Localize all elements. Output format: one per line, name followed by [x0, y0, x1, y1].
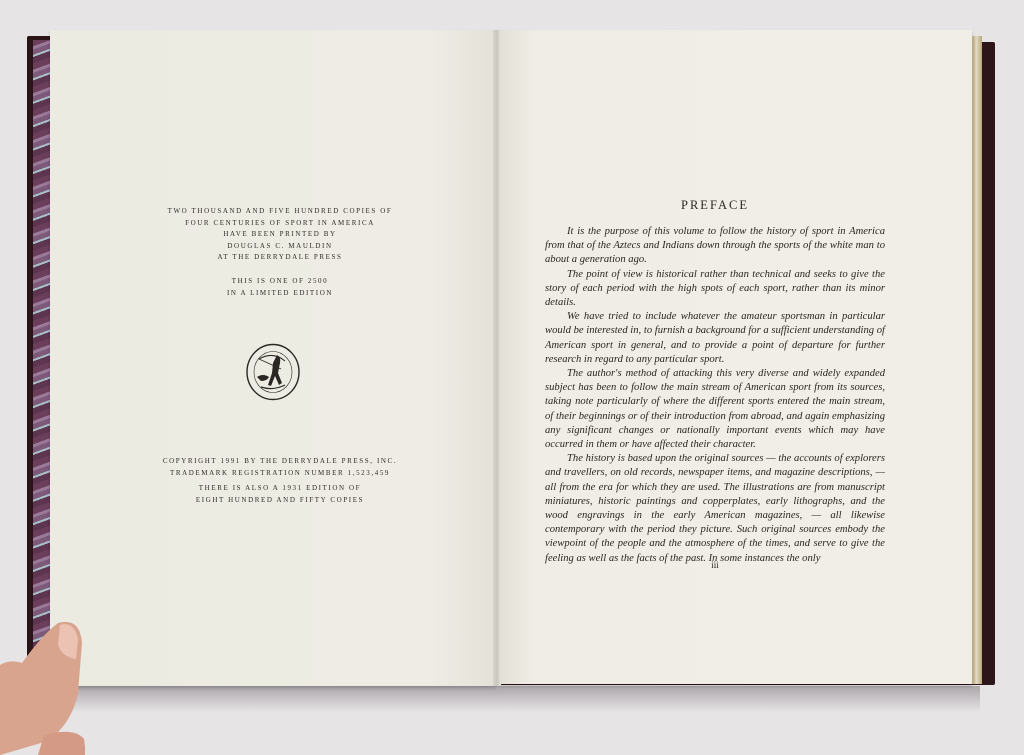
trademark-line: Trademark Registration Number 1,523,459 — [160, 468, 400, 480]
edition-note-line: There is also a 1931 edition of — [160, 483, 400, 495]
preface-body: It is the purpose of this volume to foll… — [545, 225, 885, 566]
colophon-line: Two thousand and five hundred copies of — [160, 206, 400, 218]
preface-heading: PREFACE — [540, 198, 890, 213]
edition-note: There is also a 1931 edition of eight hu… — [160, 483, 400, 506]
preface-paragraph: The point of view is historical rather t… — [545, 268, 885, 311]
colophon-line: have been printed by — [160, 229, 400, 241]
colophon-line: This is one of 2500 — [160, 276, 400, 288]
page-number: iii — [700, 560, 730, 570]
preface-paragraph: The author's method of attacking this ve… — [545, 367, 885, 452]
edition-note-line: eight hundred and fifty copies — [160, 495, 400, 507]
copyright-line: Copyright 1991 by The Derrydale Press, I… — [160, 456, 400, 468]
preface-paragraph: It is the purpose of this volume to foll… — [545, 225, 885, 268]
colophon-line: Douglas C. Mauldin — [160, 241, 400, 253]
marbled-endpaper — [33, 40, 50, 665]
preface-paragraph: We have tried to include whatever the am… — [545, 310, 885, 367]
book-shadow — [60, 686, 980, 712]
colophon-line: in a limited edition — [160, 288, 400, 300]
hand-thumb — [0, 615, 85, 755]
preface-paragraph: The history is based upon the original s… — [545, 452, 885, 566]
derrydale-seal-icon — [245, 343, 301, 401]
colophon-limited-edition: This is one of 2500 in a limited edition — [160, 276, 400, 299]
colophon-line: at the Derrydale Press — [160, 252, 400, 264]
colophon-printing-statement: Two thousand and five hundred copies of … — [160, 206, 400, 264]
colophon-line: Four Centuries of Sport in America — [160, 218, 400, 230]
copyright-notice: Copyright 1991 by The Derrydale Press, I… — [160, 456, 400, 479]
book-gutter — [493, 30, 501, 686]
